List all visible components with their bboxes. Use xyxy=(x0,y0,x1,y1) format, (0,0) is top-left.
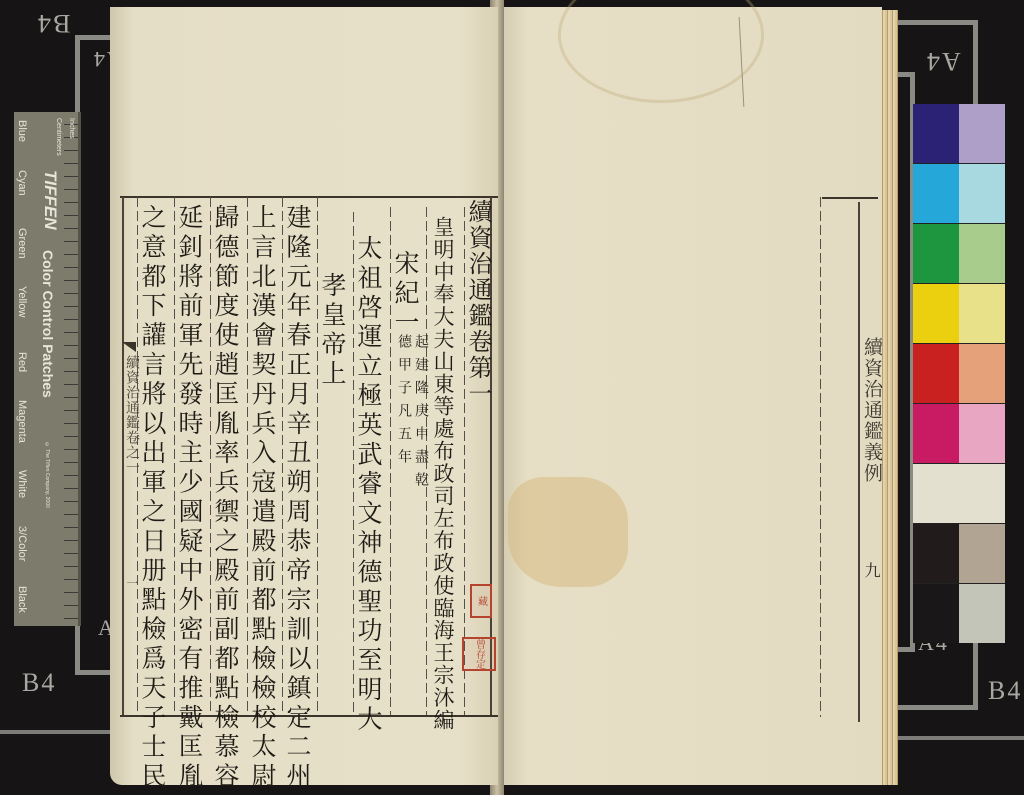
right-page: 續資治通鑑義例 九 xyxy=(498,7,882,785)
backdrop-label: B4 xyxy=(988,676,1022,706)
color-patch-grid xyxy=(913,104,1005,643)
ruler-brand: TIFFEN xyxy=(40,170,60,230)
backdrop-label: B4 xyxy=(36,8,70,38)
ruler-title: Color Control Patches xyxy=(40,250,56,398)
patch xyxy=(959,164,1005,223)
patch-row-blue xyxy=(913,104,1005,164)
author-line: 皇明中奉大夫山東等處布政司左布政使臨海王宗沐編 xyxy=(428,216,458,731)
backdrop-label: A4 xyxy=(925,46,961,76)
patch-row-white xyxy=(913,464,1005,524)
chapter-note: 德甲子凡五年 xyxy=(394,334,414,472)
patch xyxy=(959,224,1005,283)
chapter-heading: 宋紀一 xyxy=(393,250,418,338)
ruler-label: Black xyxy=(16,586,28,613)
ruler-label: Blue xyxy=(16,120,28,142)
ruler-label: Green xyxy=(16,228,28,259)
collector-seal: 曾存定 xyxy=(462,637,496,671)
patch xyxy=(959,344,1005,403)
patch xyxy=(959,404,1005,463)
patch-row-red xyxy=(913,344,1005,404)
text-column: 之意都下讙言將以出軍之日册點檢爲天子士民 xyxy=(140,204,165,792)
ruler-label: Cyan xyxy=(16,170,28,196)
patch xyxy=(913,524,959,583)
patch-row-3color xyxy=(913,524,1005,584)
patch xyxy=(913,284,959,343)
ruler-ticks xyxy=(64,112,78,626)
patch xyxy=(913,584,959,643)
text-column: 上言北漢會契丹兵入寇遣殿前都點檢檢校太尉 xyxy=(250,204,275,792)
ruler-label: Yellow xyxy=(16,286,28,317)
patch-row-magenta xyxy=(913,404,1005,464)
patch-row-cyan xyxy=(913,164,1005,224)
column-line xyxy=(820,197,821,717)
frame-top-rule xyxy=(120,196,498,198)
left-page: 續資治通鑑卷之一 一 之意都下讙言將以出軍之日册點檢爲天子士民 延釗將前軍先發時… xyxy=(110,7,498,785)
backdrop-label: B4 xyxy=(22,668,56,698)
patch xyxy=(913,224,959,283)
ruler-label: 3/Color xyxy=(16,526,28,561)
patch xyxy=(959,524,1005,583)
patch-row-green xyxy=(913,224,1005,284)
ruler-units-inches: Inches xyxy=(68,118,75,139)
right-margin-label: 續資治通鑑義例 xyxy=(859,337,886,484)
patch-row-black xyxy=(913,584,1005,643)
patch-row-yellow xyxy=(913,284,1005,344)
patch xyxy=(913,404,959,463)
ruler-label: Red xyxy=(16,352,28,372)
patch xyxy=(959,104,1005,163)
patch xyxy=(913,164,959,223)
emperor-title: 太祖啓運立極英武睿文神德聖功至明大 xyxy=(356,235,381,735)
water-stain xyxy=(558,0,764,103)
right-page-number: 九 xyxy=(860,562,883,578)
text-column: 延釗將前軍先發時主少國疑中外密有推戴匡胤 xyxy=(177,204,202,792)
frame-top-rule xyxy=(822,197,878,199)
emperor-title-cont: 孝皇帝上 xyxy=(320,272,345,390)
text-column: 歸德節度使趙匡胤率兵禦之殿前副都點檢慕容 xyxy=(213,204,238,792)
patch xyxy=(913,344,959,403)
backdrop-line-left xyxy=(0,730,110,734)
tiffen-color-ruler: Inches Centimeters TIFFEN Color Control … xyxy=(14,112,81,626)
ruler-copyright: © The Tiffen Company, 2000 xyxy=(44,442,50,508)
ruler-label: Magenta xyxy=(16,400,28,443)
patch xyxy=(913,464,1005,523)
collector-seal: 藏 xyxy=(470,584,492,618)
patch xyxy=(959,284,1005,343)
ruler-label: White xyxy=(16,470,28,498)
foxing-stain xyxy=(508,477,628,587)
patch xyxy=(959,584,1005,643)
ruler-units-cm: Centimeters xyxy=(55,118,62,156)
fish-tail-mark xyxy=(122,342,136,352)
volume-title: 續資治通鑑卷第一 xyxy=(466,199,490,407)
patch xyxy=(913,104,959,163)
text-column: 建隆元年春正月辛丑朔周恭帝宗訓以鎮定二州 xyxy=(285,204,310,792)
backdrop-line-right xyxy=(898,736,1024,740)
